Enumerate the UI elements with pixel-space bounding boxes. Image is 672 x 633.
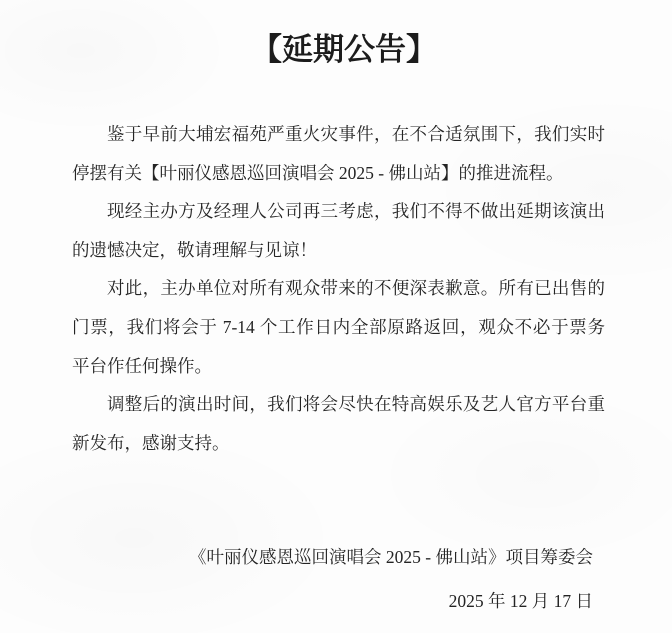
paragraph-1-line-1: 鉴于早前大埔宏福苑严重火灾事件，在不合适氛围下，我们实时 xyxy=(72,115,605,154)
paragraph-4-line-1: 调整后的演出时间，我们将会尽快在特高娱乐及艺人官方平台重 xyxy=(72,385,605,424)
signature-committee: 《叶丽仪感恩巡回演唱会 2025 - 佛山站》项目筹委会 xyxy=(0,535,593,579)
paragraph-3-line-3: 平台作任何操作。 xyxy=(72,347,605,386)
paragraph-4-line-2: 新发布，感谢支持。 xyxy=(72,424,605,463)
paragraph-1-line-2: 停摆有关【叶丽仪感恩巡回演唱会 2025 - 佛山站】的推进流程。 xyxy=(72,154,605,193)
announcement-date: 2025 年 12 月 17 日 xyxy=(0,579,593,623)
paragraph-2-line-1: 现经主办方及经理人公司再三考虑，我们不得不做出延期该演出 xyxy=(72,192,605,231)
paragraph-2-line-2: 的遗憾决定，敬请理解与见谅！ xyxy=(72,231,605,270)
announcement-body: 鉴于早前大埔宏福苑严重火灾事件，在不合适氛围下，我们实时 停摆有关【叶丽仪感恩巡… xyxy=(0,115,672,462)
page-title: 【延期公告】 xyxy=(0,0,672,70)
paragraph-3-line-1: 对此，主办单位对所有观众带来的不便深表歉意。所有已出售的 xyxy=(72,269,605,308)
signature-block: 《叶丽仪感恩巡回演唱会 2025 - 佛山站》项目筹委会 2025 年 12 月… xyxy=(0,535,672,623)
announcement-document: 【延期公告】 鉴于早前大埔宏福苑严重火灾事件，在不合适氛围下，我们实时 停摆有关… xyxy=(0,0,672,633)
paragraph-3-line-2: 门票，我们将会于 7-14 个工作日内全部原路返回，观众不必于票务 xyxy=(72,308,605,347)
